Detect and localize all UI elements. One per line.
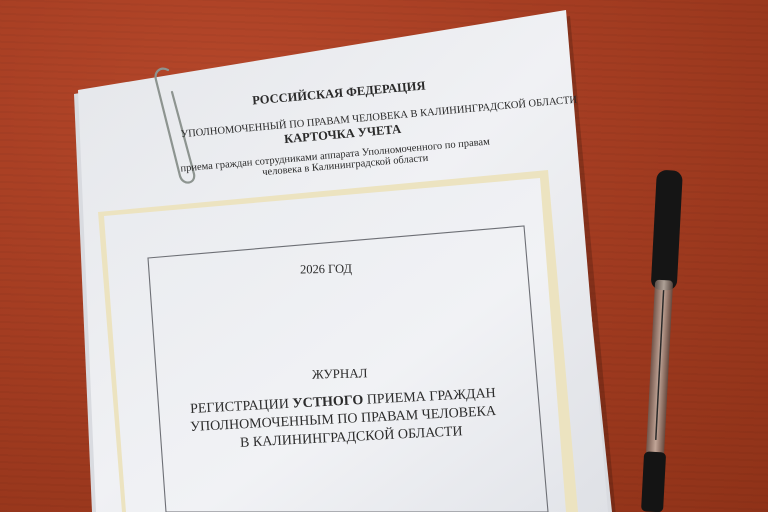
pen [639, 170, 683, 512]
journal-line1-bold: УСТНОГО [292, 393, 364, 412]
journal-title: ЖУРНАЛ [312, 365, 368, 382]
journal-year: 2026 ГОД [300, 262, 352, 278]
